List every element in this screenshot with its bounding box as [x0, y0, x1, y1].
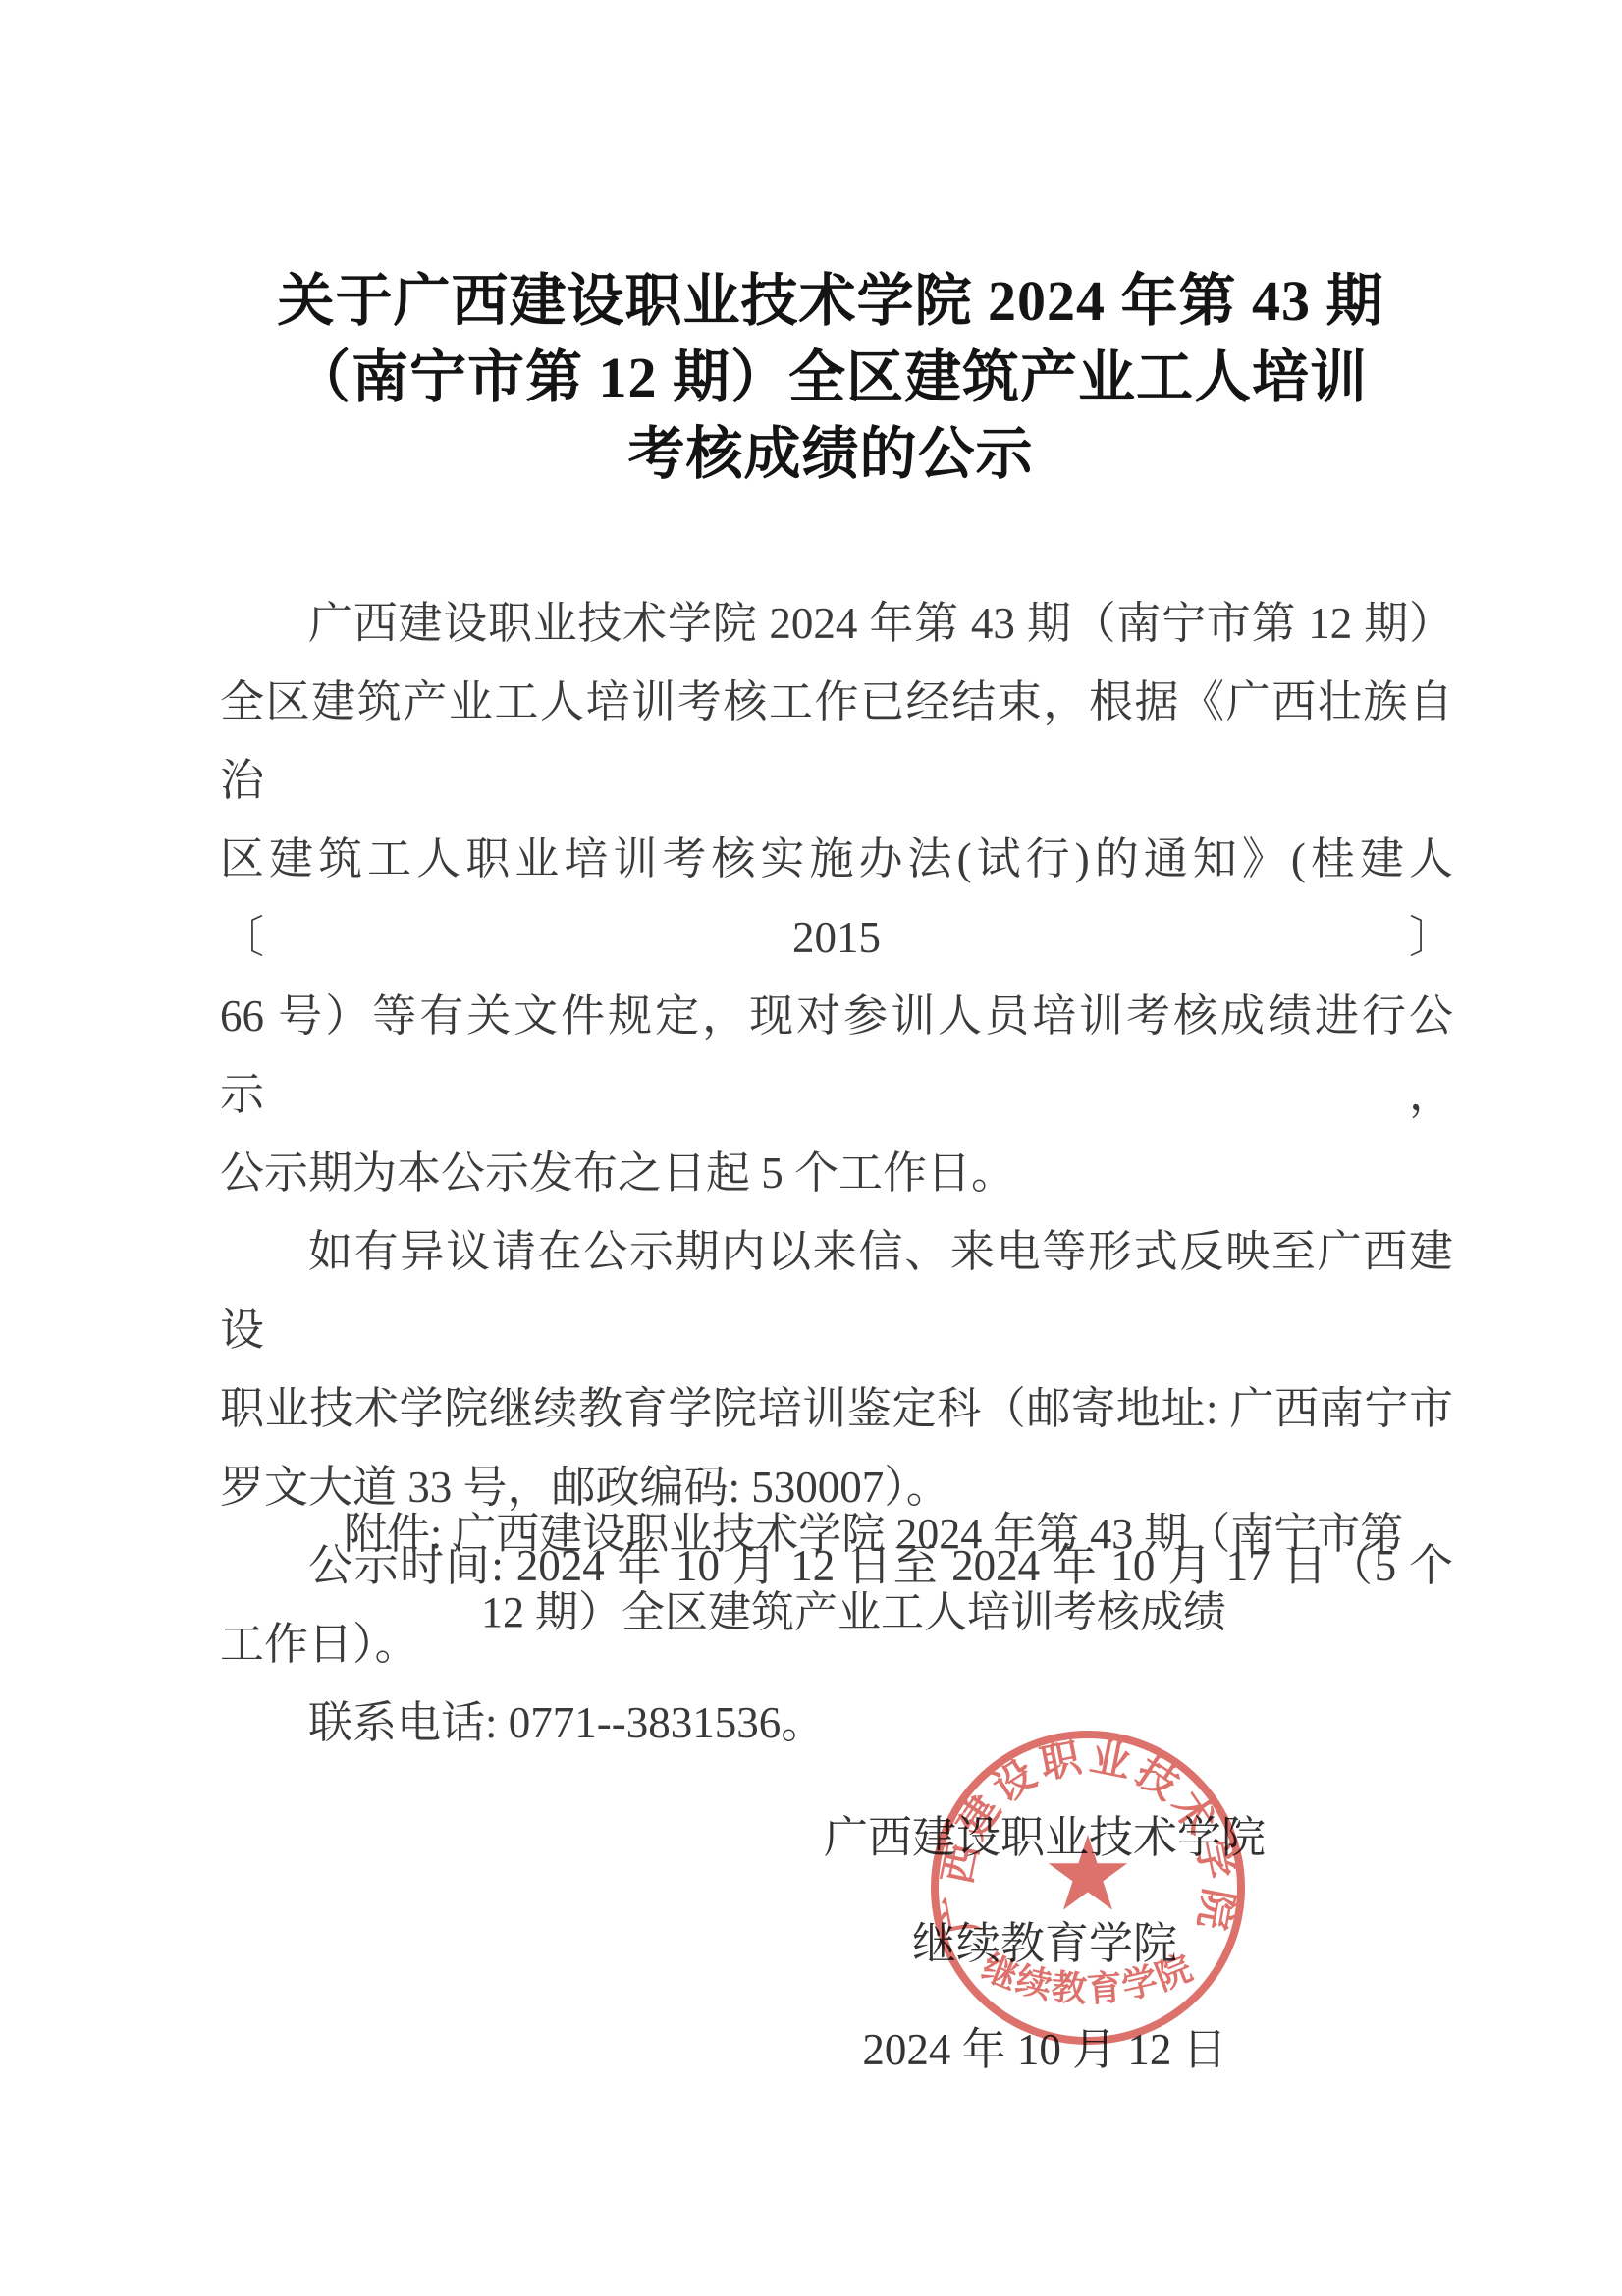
signature-date: 2024 年 10 月 12 日 [823, 1997, 1267, 2103]
attachment-line-2: 12 期）全区建筑产业工人培训考核成绩 [481, 1575, 1453, 1654]
body-line: 区建筑工人职业培训考核实施办法(试行)的通知》(桂建人〔2015〕 [220, 820, 1453, 977]
body-line: 全区建筑产业工人培训考核工作已经结束，根据《广西壮族自治 [220, 663, 1453, 820]
attachment-note: 附件: 广西建设职业技术学院 2024 年第 43 期（南宁市第 12 期）全区… [344, 1497, 1453, 1654]
body-line: 66 号）等有关文件规定，现对参训人员培训考核成绩进行公示， [220, 977, 1453, 1134]
signature-dept: 继续教育学院 [823, 1891, 1267, 1997]
body-line: 联系电话: 0771--3831536。 [220, 1683, 1453, 1762]
signature-org: 广西建设职业技术学院 [823, 1785, 1267, 1891]
attachment-line-1: 附件: 广西建设职业技术学院 2024 年第 43 期（南宁市第 [344, 1497, 1453, 1575]
body-line: 公示期为本公示发布之日起 5 个工作日。 [220, 1134, 1453, 1212]
body-line: 广西建设职业技术学院 2024 年第 43 期（南宁市第 12 期） [220, 584, 1453, 663]
title-line-1: 关于广西建设职业技术学院 2024 年第 43 期 [167, 263, 1494, 340]
title-line-3: 考核成绩的公示 [167, 416, 1494, 493]
body-line: 职业技术学院继续教育学院培训鉴定科（邮寄地址: 广西南宁市 [220, 1369, 1453, 1448]
document-page: 关于广西建设职业技术学院 2024 年第 43 期 （南宁市第 12 期）全区建… [0, 0, 1622, 2296]
title-line-2: （南宁市第 12 期）全区建筑产业工人培训 [167, 340, 1494, 416]
document-title: 关于广西建设职业技术学院 2024 年第 43 期 （南宁市第 12 期）全区建… [167, 263, 1494, 493]
body-line: 如有异议请在公示期内以来信、来电等形式反映至广西建设 [220, 1212, 1453, 1369]
signature-block: 广西建设职业技术学院 继续教育学院 2024 年 10 月 12 日 [823, 1785, 1267, 2103]
